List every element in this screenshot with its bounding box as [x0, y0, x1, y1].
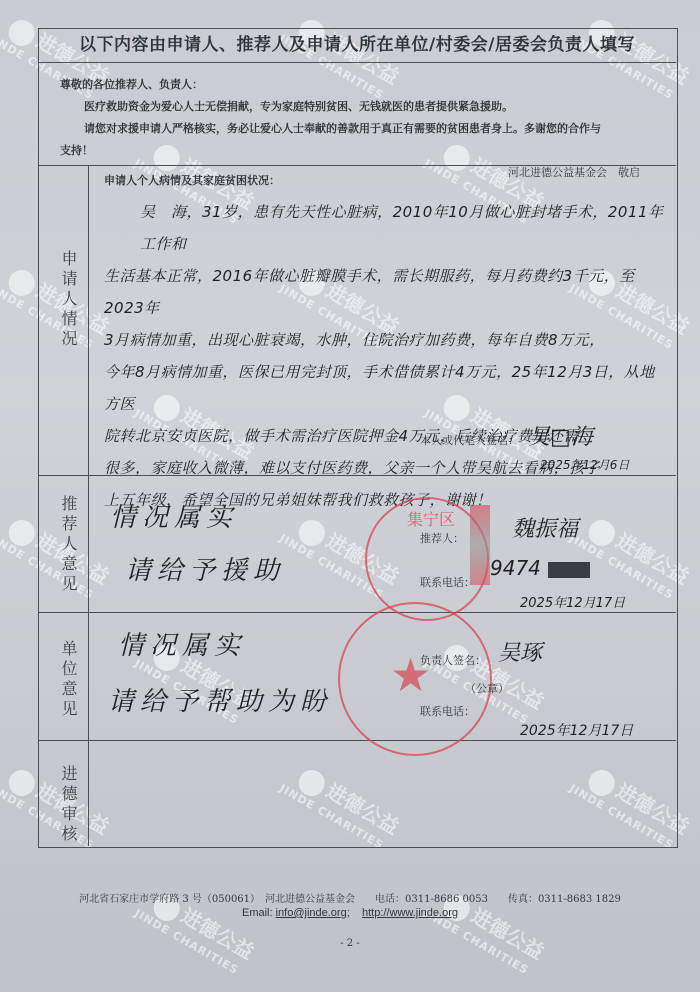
- recommender-phone: 9474: [490, 556, 541, 580]
- page-number: - 2 -: [0, 938, 700, 949]
- case-line: 生活基本正常，2016年做心脏瓣膜手术，需长期服药，每月药费约3千元，至2023…: [104, 260, 669, 324]
- label-applicant: 申请人情况: [50, 245, 78, 355]
- recommender-name: 魏振福: [512, 512, 578, 543]
- notice-line-2: 请您对求援申请人严格核实，务必让爱心人士奉献的善款用于真正有需要的贫困患者身上。…: [60, 118, 660, 140]
- label-column-divider: [88, 165, 89, 846]
- seal-label: （公章）: [465, 680, 509, 696]
- notice-salutation: 尊敬的各位推荐人、负责人：: [60, 74, 660, 96]
- divider: [38, 740, 676, 741]
- unit-phone-label: 联系电话：: [420, 703, 475, 719]
- recommender-label: 推荐人：: [420, 530, 464, 546]
- responsible-name: 吴琢: [498, 636, 542, 667]
- email-link[interactable]: info@jinde.org: [276, 907, 347, 919]
- recommender-phone-label: 联系电话：: [420, 574, 475, 590]
- footer-contact: Email: info@jinde.org; http://www.jinde.…: [0, 907, 700, 919]
- jinde-logo-icon: [4, 765, 40, 801]
- applicant-signature: 吴□海: [528, 420, 593, 451]
- jinde-logo-icon: [4, 15, 40, 51]
- divider: [38, 62, 676, 63]
- unit-opinion-1: 情况属实: [118, 620, 246, 672]
- label-unit: 单位意见: [50, 630, 78, 730]
- case-line: 吴 海，31岁，患有先天性心脏病，2010年10月做心脏封堵手术，2011年工作…: [104, 196, 669, 260]
- label-recommender: 推荐人意见: [50, 490, 78, 600]
- label-review: 进德审核: [50, 755, 78, 855]
- website-link[interactable]: http://www.jinde.org: [362, 907, 458, 919]
- applicant-date: 2025年12月6日: [540, 456, 629, 473]
- notice-line-3: 支持！: [60, 140, 660, 162]
- footer-address: 河北省石家庄市学府路 3 号（050061） 河北进德公益基金会 电话：0311…: [0, 890, 700, 905]
- form-title: 以下内容由申请人、推荐人及申请人所在单位/村委会/居委会负责人填写: [38, 28, 676, 62]
- jinde-logo-icon: [4, 515, 40, 551]
- unit-opinion-2: 请给予帮助为盼: [108, 676, 332, 728]
- application-form-page: 进德公益JINDE CHARITIES进德公益JINDE CHARITIES进德…: [0, 0, 700, 992]
- case-line: 3月病情加重，出现心脏衰竭，水肿，住院治疗加药费，每年自费8万元，: [104, 324, 669, 356]
- recommender-opinion-1: 情况属实: [110, 492, 238, 544]
- case-line: 今年8月病情加重，医保已用完封顶，手术借债累计4万元，25年12月3日，从地方医: [104, 356, 669, 420]
- notice-line-1: 医疗救助资金为爱心人士无偿捐献，专为家庭特别贫困、无钱就医的患者提供紧急援助。: [60, 96, 660, 118]
- email-label: Email:: [242, 907, 273, 919]
- applicant-signature-label: 本人或代笔人签名：: [420, 432, 519, 448]
- recommender-date: 2025年12月17日: [520, 592, 625, 611]
- notice-block: 尊敬的各位推荐人、负责人： 医疗救助资金为爱心人士无偿捐献，专为家庭特别贫困、无…: [60, 74, 660, 184]
- redacted-block: [470, 505, 490, 585]
- unit-date: 2025年12月17日: [520, 720, 633, 740]
- stamp-text: 集宁区: [407, 507, 455, 530]
- divider: [38, 612, 676, 613]
- responsible-label: 负责人签名：: [420, 652, 486, 668]
- official-seal: ★: [338, 602, 492, 756]
- jinde-logo-icon: [4, 265, 40, 301]
- redacted-phone: [548, 562, 590, 578]
- recommender-opinion-2: 请给予援助: [125, 545, 285, 597]
- case-heading: 申请人个人病情及其家庭贫困状况：: [104, 172, 280, 188]
